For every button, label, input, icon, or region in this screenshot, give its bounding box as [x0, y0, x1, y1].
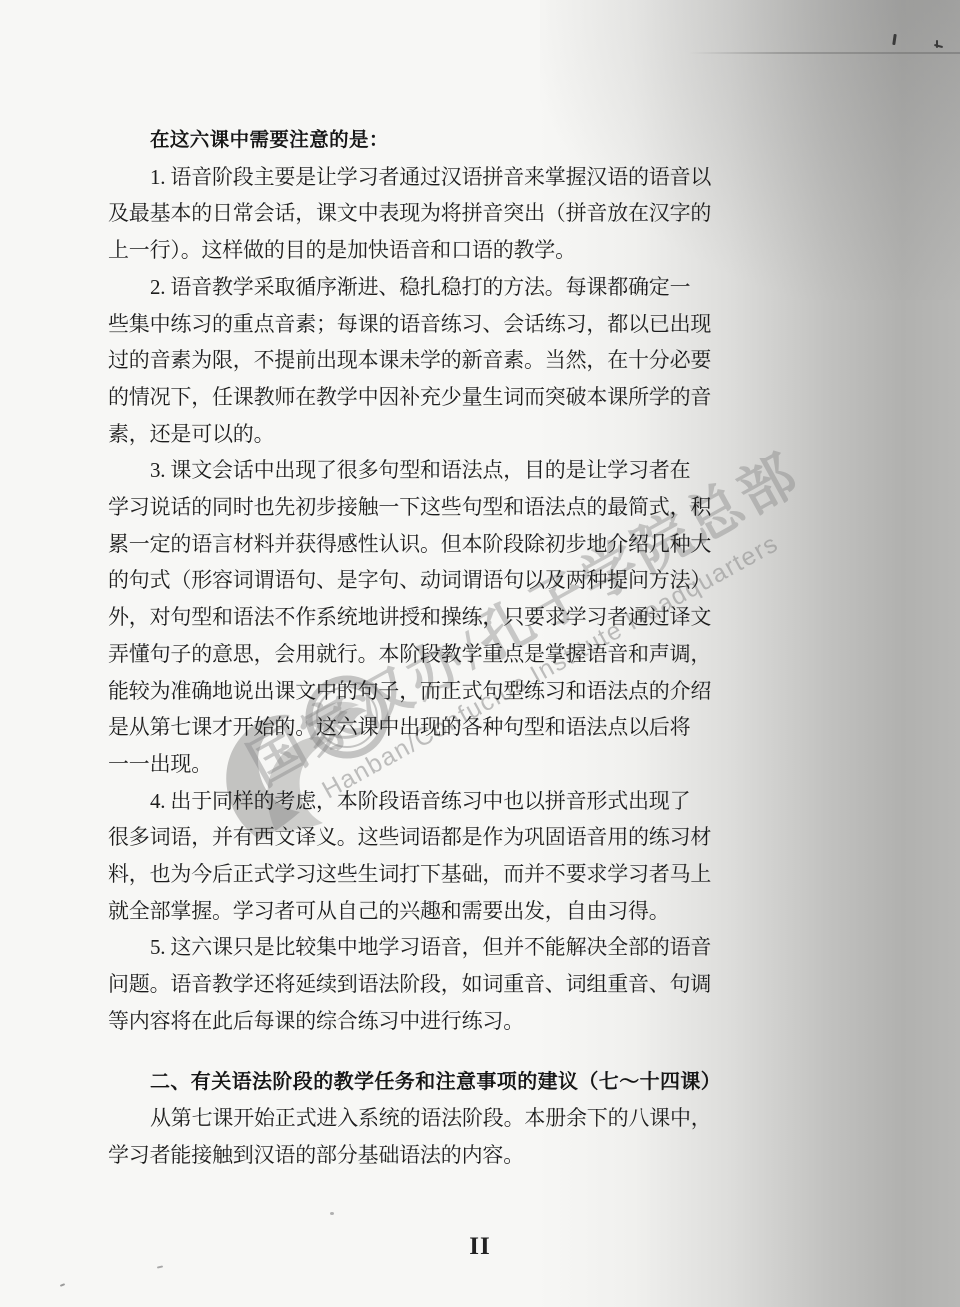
ink-speck: [330, 1212, 334, 1215]
document-content: 在这六课中需要注意的是：1. 语音阶段主要是让学习者通过汉语拼音来掌握汉语的语音…: [108, 122, 714, 1174]
ink-speck: [157, 1265, 163, 1268]
text-line: 从第七课开始正式进入系统的语法阶段。本册余下的八课中，: [150, 1100, 714, 1137]
text-line: 是从第七课才开始的。这六课中出现的各种句型和语法点以后将: [108, 709, 714, 746]
text-line: 料，也为今后正式学习这些生词打下基础，而并不要求学习者马上: [108, 856, 714, 893]
text-line: 学习说话的同时也先初步接触一下这些句型和语法点的最简式，积: [108, 489, 714, 526]
text-line: 1. 语音阶段主要是让学习者通过汉语拼音来掌握汉语的语音以: [150, 159, 714, 196]
text-line: 学习者能接触到汉语的部分基础语法的内容。: [108, 1137, 714, 1174]
paragraph: 从第七课开始正式进入系统的语法阶段。本册余下的八课中，学习者能接触到汉语的部分基…: [108, 1100, 714, 1173]
text-line: 素，还是可以的。: [108, 416, 714, 453]
text-line: 就全部掌握。学习者可从自己的兴趣和需要出发，自由习得。: [108, 893, 714, 930]
text-line: 累一定的语言材料并获得感性认识。但本阶段除初步地介绍几种大: [108, 526, 714, 563]
section-heading: 在这六课中需要注意的是：: [150, 122, 714, 159]
text-line: 上一行）。这样做的目的是加快语音和口语的教学。: [108, 232, 714, 269]
text-line: 些集中练习的重点音素；每课的语音练习、会话练习，都以已出现: [108, 306, 714, 343]
ink-speck: [936, 40, 938, 48]
paragraph: 5. 这六课只是比较集中地学习语音，但并不能解决全部的语音问题。语音教学还将延续…: [108, 929, 714, 1039]
text-line: 4. 出于同样的考虑，本阶段语音练习中也以拼音形式出现了: [150, 783, 714, 820]
scanned-book-page: 国家汉办/孔子学院总部 Hanban/Confucius Institute H…: [0, 0, 960, 1307]
paragraph: 2. 语音教学采取循序渐进、稳扎稳打的方法。每课都确定一些集中练习的重点音素；每…: [108, 269, 714, 453]
section-heading: 二、有关语法阶段的教学任务和注意事项的建议（七～十四课）: [150, 1064, 714, 1101]
text-line: 2. 语音教学采取循序渐进、稳扎稳打的方法。每课都确定一: [150, 269, 714, 306]
text-line: 3. 课文会话中出现了很多句型和语法点，目的是让学习者在: [150, 452, 714, 489]
text-line: 弄懂句子的意思，会用就行。本阶段教学重点是掌握语音和声调，: [108, 636, 714, 673]
text-line: 及最基本的日常会话，课文中表现为将拼音突出（拼音放在汉字的: [108, 195, 714, 232]
text-line: 的情况下，任课教师在教学中因补充少量生词而突破本课所学的音: [108, 379, 714, 416]
ink-speck: [892, 34, 897, 45]
text-line: 过的音素为限，不提前出现本课未学的新音素。当然，在十分必要: [108, 342, 714, 379]
ink-speck: [60, 1283, 65, 1287]
text-line: 问题。语音教学还将延续到语法阶段，如词重音、词组重音、句调: [108, 966, 714, 1003]
text-line: 等内容将在此后每课的综合练习中进行练习。: [108, 1003, 714, 1040]
text-line: 能较为准确地说出课文中的句子，而正式句型练习和语法点的介绍: [108, 673, 714, 710]
text-line: 很多词语，并有西文译义。这些词语都是作为巩固语音用的练习材: [108, 819, 714, 856]
text-line: 5. 这六课只是比较集中地学习语音，但并不能解决全部的语音: [150, 929, 714, 966]
paragraph: 3. 课文会话中出现了很多句型和语法点，目的是让学习者在学习说话的同时也先初步接…: [108, 452, 714, 782]
paragraph: 4. 出于同样的考虑，本阶段语音练习中也以拼音形式出现了很多词语，并有西文译义。…: [108, 783, 714, 930]
text-line: 外，对句型和语法不作系统地讲授和操练，只要求学习者通过译文: [108, 599, 714, 636]
scan-crease-line: [688, 52, 960, 54]
text-line: 的句式（形容词谓语句、是字句、动词谓语句以及两种提问方法）: [108, 562, 714, 599]
text-line: 一一出现。: [108, 746, 714, 783]
page-number: II: [0, 1233, 960, 1261]
paragraph: 1. 语音阶段主要是让学习者通过汉语拼音来掌握汉语的语音以及最基本的日常会话，课…: [108, 159, 714, 269]
